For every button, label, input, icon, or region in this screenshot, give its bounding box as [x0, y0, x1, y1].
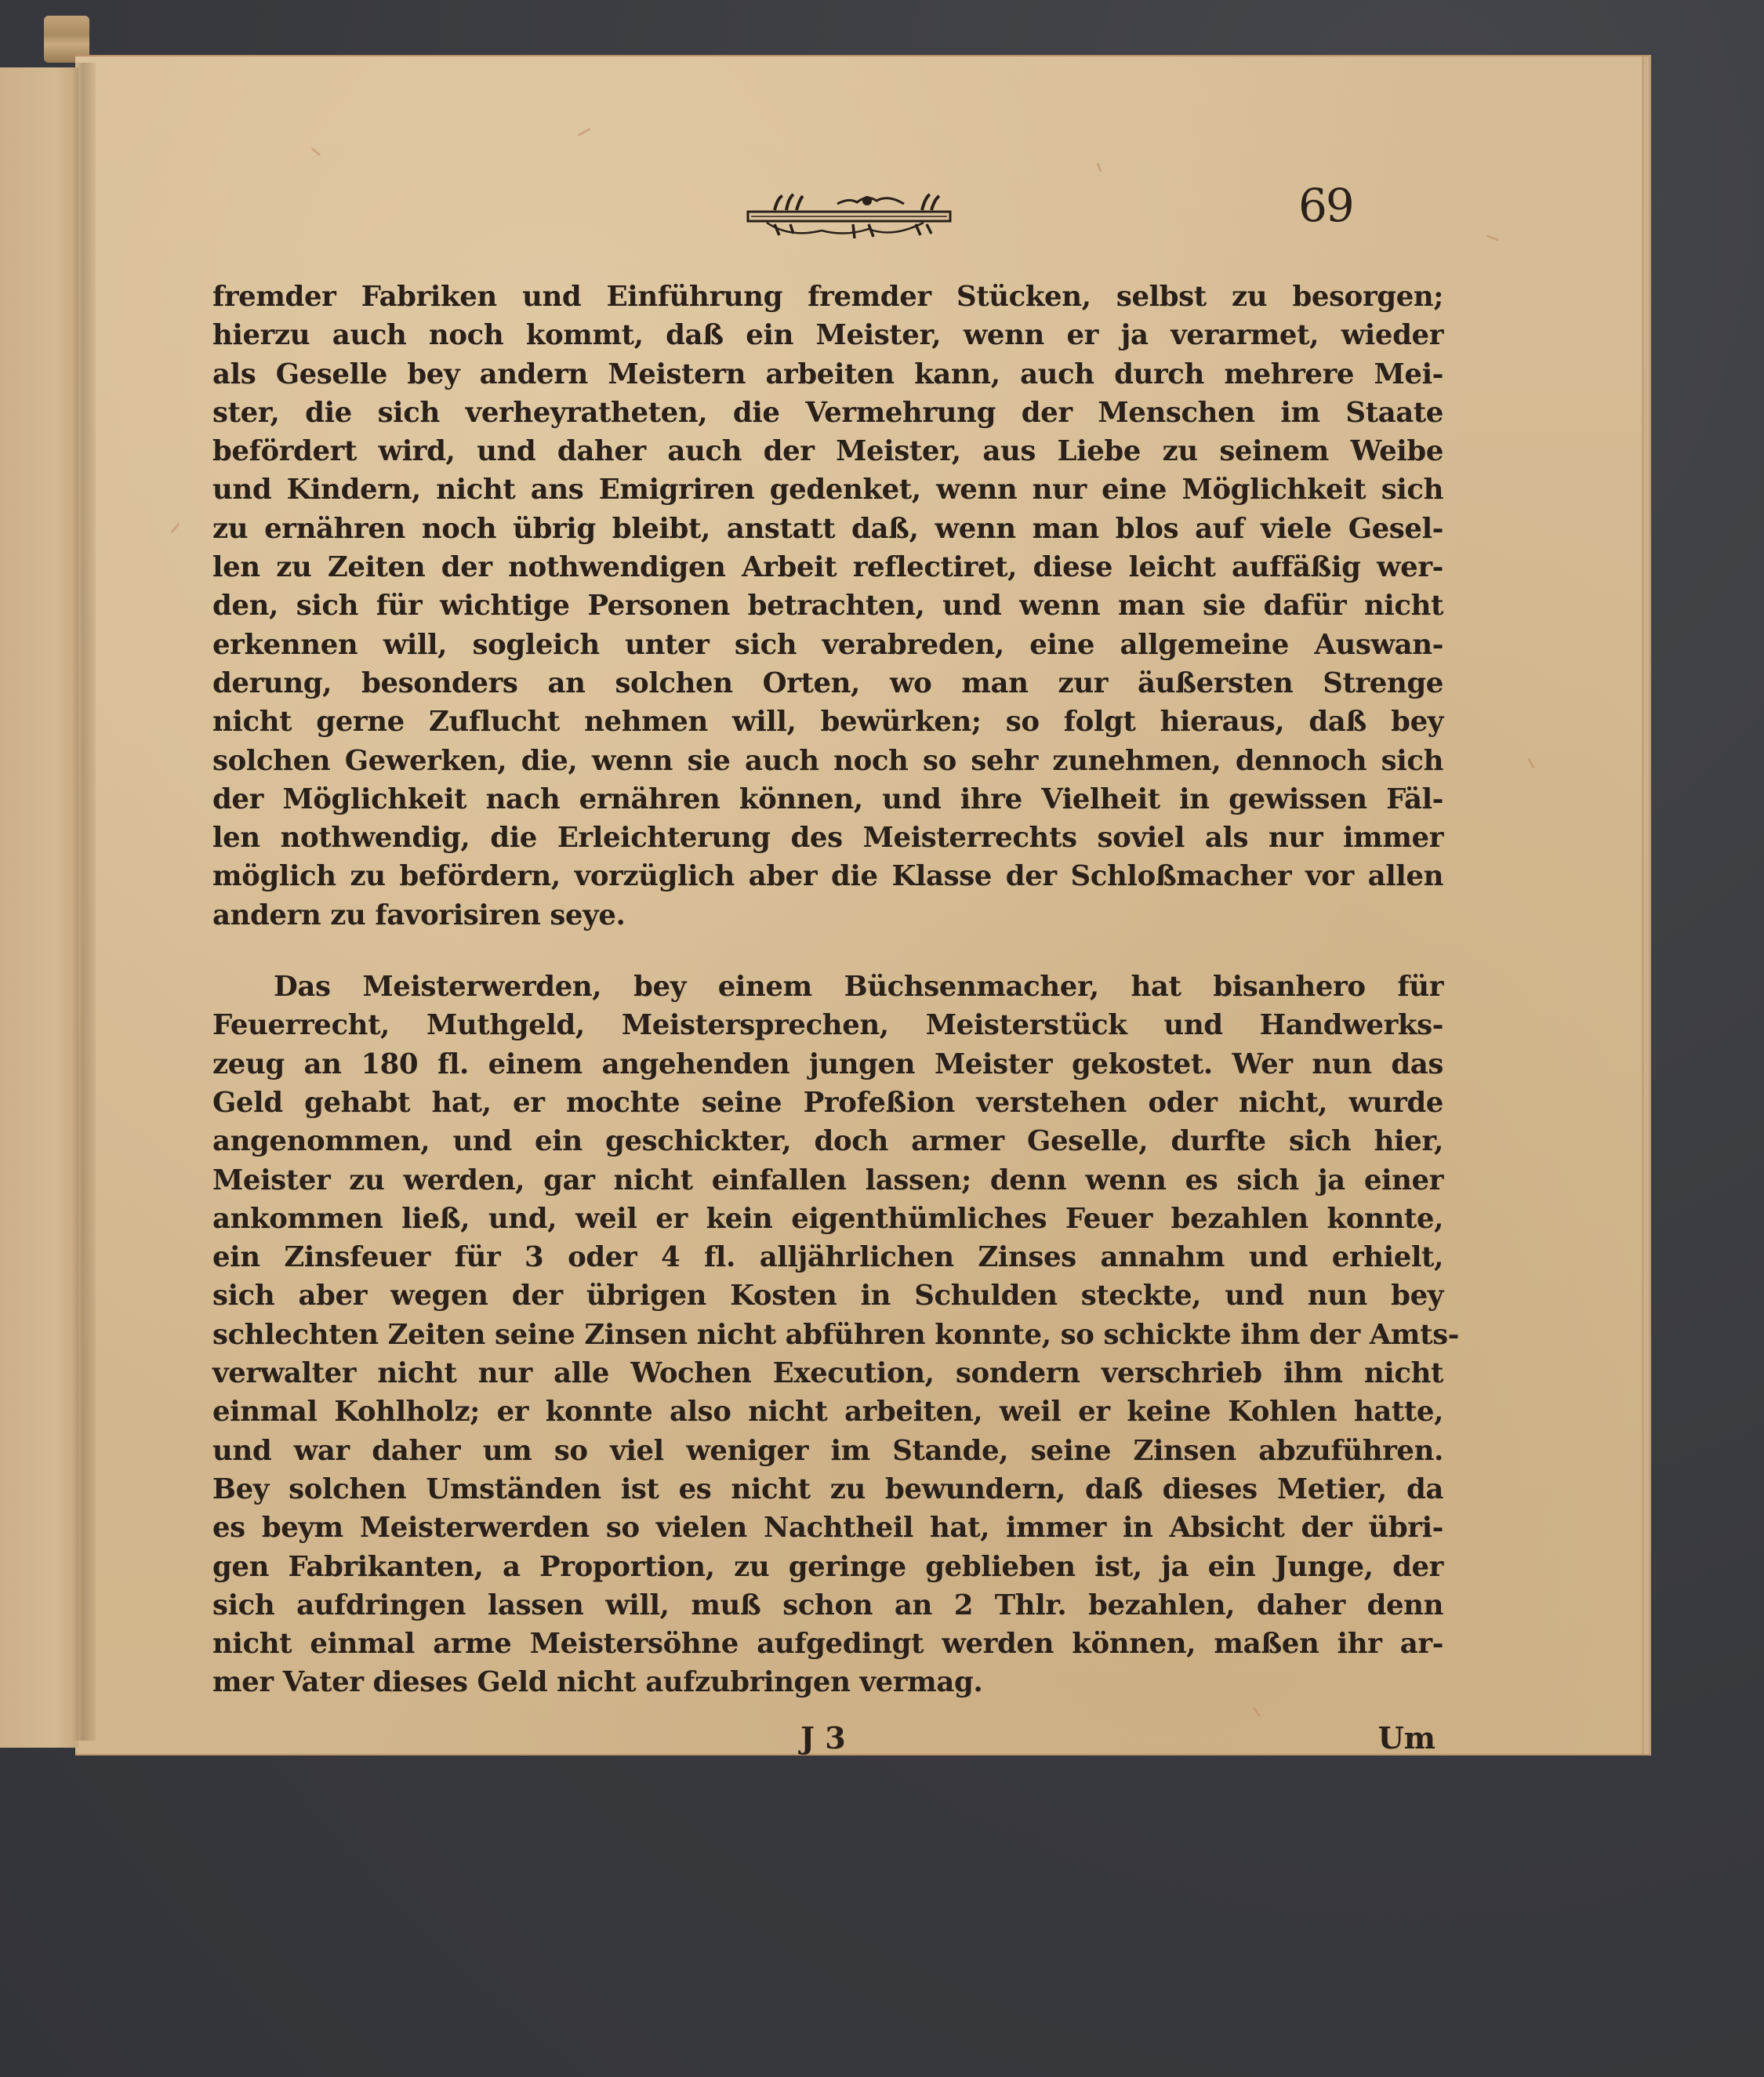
- signature-mark: J 3: [800, 1720, 846, 1756]
- text-line: nicht einmal arme Meistersöhne aufgeding…: [212, 1625, 1443, 1663]
- text-line: der Möglichkeit nach ernähren können, un…: [212, 780, 1443, 819]
- text-line: befördert wird, und daher auch der Meist…: [212, 432, 1443, 470]
- text-line: angenommen, und ein geschickter, doch ar…: [212, 1122, 1443, 1160]
- paper-fiber: [1253, 1707, 1261, 1717]
- book-page: 69 fremder Fabriken und Einführung fremd…: [75, 55, 1651, 1756]
- text-line: len zu Zeiten der nothwendigen Arbeit re…: [212, 548, 1443, 586]
- paper-fiber: [1486, 234, 1499, 241]
- text-line: Das Meisterwerden, bey einem Büchsenmach…: [212, 968, 1443, 1006]
- text-line: derung, besonders an solchen Orten, wo m…: [212, 664, 1443, 703]
- body-text: fremder Fabriken und Einführung fremder …: [212, 278, 1443, 1702]
- text-line: möglich zu befördern, vorzüglich aber di…: [212, 857, 1443, 895]
- paper-fiber: [577, 128, 590, 137]
- text-line: ein Zinsfeuer für 3 oder 4 fl. alljährli…: [212, 1238, 1443, 1276]
- text-line: len nothwendig, die Erleichterung des Me…: [212, 819, 1443, 857]
- text-line: und war daher um so viel weniger im Stan…: [212, 1432, 1443, 1470]
- text-line: den, sich für wichtige Personen betracht…: [212, 586, 1443, 625]
- text-line: zeug an 180 fl. einem angehenden jungen …: [212, 1045, 1443, 1084]
- gutter-shadow: [72, 63, 96, 1741]
- text-line: Meister zu werden, gar nicht einfallen l…: [212, 1161, 1443, 1200]
- text-line: erkennen will, sogleich unter sich verab…: [212, 626, 1443, 664]
- paragraph-spacer: [212, 935, 1443, 968]
- text-line: sich aber wegen der übrigen Kosten in Sc…: [212, 1276, 1443, 1315]
- text-line: zu ernähren noch übrig bleibt, anstatt d…: [212, 510, 1443, 548]
- text-line: Geld gehabt hat, er mochte seine Profeßi…: [212, 1084, 1443, 1122]
- text-line: solchen Gewerken, die, wenn sie auch noc…: [212, 742, 1443, 780]
- text-line: hierzu auch noch kommt, daß ein Meister,…: [212, 316, 1443, 354]
- text-line: Feuerrecht, Muthgeld, Meistersprechen, M…: [212, 1006, 1443, 1044]
- text-line: ster, die sich verheyratheten, die Verme…: [212, 394, 1443, 432]
- paper-fiber: [1527, 758, 1535, 769]
- paper-fiber: [1097, 162, 1102, 172]
- page-footer: J 3 Um: [212, 1720, 1443, 1767]
- text-line: einmal Kohlholz; er konnte also nicht ar…: [212, 1393, 1443, 1431]
- text-line: nicht gerne Zuflucht nehmen will, bewürk…: [212, 703, 1443, 741]
- text-line: als Geselle bey andern Meistern arbeiten…: [212, 355, 1443, 394]
- text-line: verwalter nicht nur alle Wochen Executio…: [212, 1354, 1443, 1393]
- text-line: gen Fabrikanten, a Proportion, zu gering…: [212, 1548, 1443, 1586]
- page-number: 69: [1298, 179, 1353, 232]
- text-line: ankommen ließ, und, weil er kein eigenth…: [212, 1200, 1443, 1238]
- text-line: es beym Meisterwerden so vielen Nachthei…: [212, 1509, 1443, 1547]
- paper-fiber: [311, 147, 321, 156]
- paragraph-2: Das Meisterwerden, bey einem Büchsenmach…: [212, 968, 1443, 1702]
- paper-fiber: [171, 523, 180, 533]
- text-line: Bey solchen Umständen ist es nicht zu be…: [212, 1470, 1443, 1509]
- text-line: und Kindern, nicht ans Emigriren gedenke…: [212, 470, 1443, 509]
- text-line: schlechten Zeiten seine Zinsen nicht abf…: [212, 1316, 1443, 1354]
- text-line: sich aufdringen lassen will, muß schon a…: [212, 1586, 1443, 1625]
- text-line: andern zu favorisiren seye.: [212, 896, 1443, 935]
- paragraph-1: fremder Fabriken und Einführung fremder …: [212, 278, 1443, 935]
- catchword: Um: [1378, 1720, 1436, 1756]
- decorative-vignette-icon: [743, 190, 955, 245]
- facing-page-edge: [0, 67, 78, 1748]
- text-line: fremder Fabriken und Einführung fremder …: [212, 278, 1443, 316]
- text-line: mer Vater dieses Geld nicht aufzubringen…: [212, 1663, 1443, 1701]
